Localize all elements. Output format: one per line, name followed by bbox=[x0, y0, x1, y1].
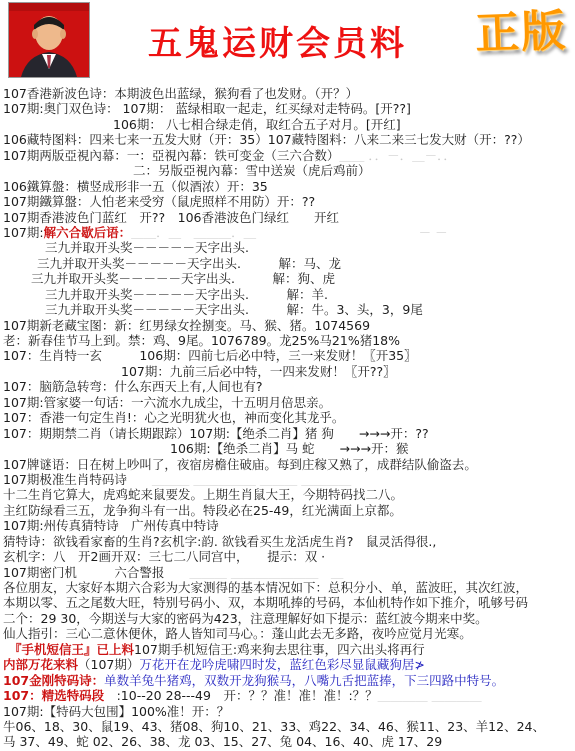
text-segment: 107金刚特码诗： bbox=[3, 673, 104, 688]
text-line: 107期:州传真猜特诗 广州传真中特诗 bbox=[3, 518, 573, 533]
text-line: 107期极准生肖特码诗 ＿＿＿ ＿＿＿＿＿ ＿＿＿ ＿＿＿＿ bbox=[3, 472, 573, 487]
text-line: 牛06、18、30、鼠19、43、猪08、狗10、21、33、鸡22、34、46… bbox=[3, 719, 573, 734]
text-line: 各位朋友，大家好本期六合彩为大家测得的基本情况如下：总积分小、单，蓝波旺，其次红… bbox=[3, 580, 573, 595]
text-segment: 107期:【特码大包围】100%准！开：？ bbox=[3, 704, 229, 719]
text-line: 106期： 八七相合绿走俏，取红合五子对月。[开红] bbox=[3, 117, 573, 132]
text-segment: 107：香港一句定生肖!：心之光明犹火也，神而变化其龙乎。 bbox=[3, 410, 344, 425]
text-segment: 三九并取开头奖－－－－－天字出头. 解：羊. bbox=[45, 287, 328, 302]
lottery-tip-sheet: 五鬼运财会员料 正版 107香港新波色诗：本期波色出蓝绿，猴狗看了也发财。（开？… bbox=[0, 0, 575, 751]
text-segment: 107期鐵算盤：人怕老来受穷（鼠虎照样不用防）开：?? bbox=[3, 194, 315, 209]
text-segment: 三九并取开头奖－－－－－天字出头. bbox=[45, 240, 249, 255]
text-line: 107香港新波色诗：本期波色出蓝绿，猴狗看了也发财。（开？） bbox=[3, 86, 573, 101]
text-line: 107金刚特码诗：单数羊兔牛猪鸡，双数开龙狗猴马，八嘴九舌把蓝捧，下三四路中特号… bbox=[3, 673, 573, 688]
text-segment: 107：脑筋急转弯：什么东西天上有,人间也有? bbox=[3, 379, 262, 394]
text-segment: 本期以零、五之尾数大旺，特别号码小、双，本期吼捧的号码，本仙机特作如下推介，吼够… bbox=[3, 595, 528, 610]
text-segment: 107期手机短信王:鸡来狗去思往事，四六出头将再行 bbox=[134, 642, 425, 657]
text-line: 三九并取开头奖－－－－－天字出头. 解：牛。3、头，3，9尾 bbox=[3, 302, 573, 317]
text-line: 主红防绿看三五，龙争狗斗有一出。特段必在25-49，红光满面上京都。 bbox=[3, 503, 573, 518]
text-segment: 106期:【绝杀二肖】马 蛇 →→→开：猴 bbox=[170, 441, 408, 456]
portrait-photo bbox=[8, 2, 90, 78]
text-segment: 107期:州传真猜特诗 广州传真中特诗 bbox=[3, 518, 219, 533]
text-segment: 107期极准生肖特码诗 bbox=[3, 472, 127, 487]
text-segment: 106藏特图料：四来七来一五发大财（开：35）107藏特图料：八来二来三七发大财… bbox=[3, 132, 530, 147]
text-segment: 三九并取开头奖－－－－－天字出头. 解：狗、虎 bbox=[31, 271, 335, 286]
text-segment: 107期密门机 六合警报 bbox=[3, 565, 164, 580]
text-segment: 二个：29 30，今期送与大家的密码为423，注意理解好如下提示：蓝红波今期来中… bbox=[3, 611, 488, 626]
text-segment: 单数羊兔牛猪鸡，双数开龙狗猴马，八嘴九舌把蓝捧，下三四路中特号。 bbox=[104, 673, 504, 688]
content-lines: 107香港新波色诗：本期波色出蓝绿，猴狗看了也发财。（开？）107期:奥门双色诗… bbox=[3, 86, 573, 750]
text-line: 107期新老藏宝图：新：红男绿女拴捌变。马、猴、猪。1074569 bbox=[3, 318, 573, 333]
text-line: 106藏特图料：四来七来一五发大财（开：35）107藏特图料：八来二来三七发大财… bbox=[3, 132, 573, 147]
text-segment: 三九并取开头奖－－－－－天字出头. 解：马、龙 bbox=[37, 256, 341, 271]
text-segment: ＿＿＿ ＿＿＿＿＿ ＿＿＿ ＿＿＿＿ bbox=[127, 472, 351, 487]
text-line: 二个：29 30，今期送与大家的密码为423，注意理解好如下提示：蓝红波今期来中… bbox=[3, 611, 573, 626]
text-line: 本期以零、五之尾数大旺，特别号码小、双，本期吼捧的号码，本仙机特作如下推介，吼够… bbox=[3, 595, 573, 610]
page-title: 五鬼运财会员料 bbox=[100, 16, 455, 65]
text-line: 107期两版亞視內幕：一：亞視內幕：铁可变金（三六合数）＿＿ ．．－．＿－．． bbox=[3, 148, 573, 163]
text-segment: 主红防绿看三五，龙争狗斗有一出。特段必在25-49，红光满面上京都。 bbox=[3, 503, 402, 518]
text-segment: 二：另版亞視內幕：雪中送炭（虎后鸡前） bbox=[133, 163, 371, 178]
text-segment: 猜特诗：欲钱看家畜的生肖?玄机字:韵. 欲钱看买生龙活虎生肖? 鼠灵活得很., bbox=[3, 534, 436, 549]
text-segment: 106期： 八七相合绿走俏，取红合五子对月。[开红] bbox=[113, 117, 401, 132]
text-line: 三九并取开头奖－－－－－天字出头. bbox=[3, 240, 573, 255]
text-line: 107期香港波色门蓝红 开?? 106香港波色门绿红 开红 bbox=[3, 210, 573, 225]
genuine-stamp: 正版 bbox=[474, 0, 568, 62]
text-segment: 『手机短信王』已上料 bbox=[9, 642, 134, 657]
text-segment: 仙人指引：三心二意休便休，路人皆知司马心。：蓬山此去无多路，夜吟应觉月光寒。 bbox=[3, 626, 472, 641]
text-segment: 各位朋友，大家好本期六合彩为大家测得的基本情况如下：总积分小、单，蓝波旺，其次红… bbox=[3, 580, 528, 595]
text-line: 二：另版亞視內幕：雪中送炭（虎后鸡前） bbox=[3, 163, 573, 178]
text-line: 107期密门机 六合警报 ＿＿＿ ＿＿＿＿＿＿＿ ＿ bbox=[3, 565, 573, 580]
text-line: 107期:解六合歇后语：＿＿．＿ ＿＿＿．＿ － － bbox=[3, 225, 573, 240]
text-segment: 马 37、49、蛇 02、26、38、龙 03、15、27、兔 04、16、40… bbox=[3, 734, 442, 749]
text-segment: 107期香港波色门蓝红 开?? 106香港波色门绿红 开红 bbox=[3, 210, 339, 225]
text-line: 106期:【绝杀二肖】马 蛇 →→→开：猴 bbox=[3, 441, 573, 456]
text-line: 106鐵算盤：横竖成形非一五（似酒浓）开：35 bbox=[3, 179, 573, 194]
text-line: 107期:管家婆一句话：一六流水九成尘，十五明月倍思亲。 bbox=[3, 395, 573, 410]
text-segment: 107期新老藏宝图：新：红男绿女拴捌变。马、猴、猪。1074569 bbox=[3, 318, 370, 333]
text-line: 三九并取开头奖－－－－－天字出头. 解：马、龙 bbox=[3, 256, 573, 271]
text-line: 107期:【特码大包围】100%准！开：？ bbox=[3, 704, 573, 719]
text-line: 107：精选特码段 :10--20 28---49 开：？？准！准！准！:？？＿… bbox=[3, 688, 573, 703]
text-segment: 107牌谜语：日在树上吵叫了，夜宿房檐住破庙。每到庄稼又熟了，成群结队偷盗去。 bbox=[3, 457, 477, 472]
text-segment: 106鐵算盤：横竖成形非一五（似酒浓）开：35 bbox=[3, 179, 268, 194]
text-line: 107：香港一句定生肖!：心之光明犹火也，神而变化其龙乎。 bbox=[3, 410, 573, 425]
text-segment: 107香港新波色诗：本期波色出蓝绿，猴狗看了也发财。（开？） bbox=[3, 86, 358, 101]
text-line: 『手机短信王』已上料107期手机短信王:鸡来狗去思往事，四六出头将再行 bbox=[3, 642, 573, 657]
text-segment: ＿＿＿ ＿＿＿＿＿＿＿ ＿ bbox=[164, 565, 343, 580]
text-segment: 107期: bbox=[3, 225, 44, 240]
text-line: 十二生肖它算大，虎鸡蛇来鼠要发。上期生肖鼠大王，今期特码找二八。 bbox=[3, 487, 573, 502]
text-line: 107期：九前三后必中特，一四来发财！〖开??〗 bbox=[3, 364, 573, 379]
text-segment: （107期） bbox=[78, 657, 139, 672]
text-line: 107期:奥门双色诗： 107期： 蓝绿相取一起走，红买绿对走特码。[开??] bbox=[3, 101, 573, 116]
header: 五鬼运财会员料 正版 bbox=[0, 0, 575, 86]
text-segment: ＿＿．＿ ＿＿＿．＿ － － bbox=[131, 225, 447, 240]
text-line: 三九并取开头奖－－－－－天字出头. 解：羊. bbox=[3, 287, 573, 302]
text-line: 马 37、49、蛇 02、26、38、龙 03、15、27、兔 04、16、40… bbox=[3, 734, 573, 749]
text-segment: 107期:管家婆一句话：一六流水九成尘，十五明月倍思亲。 bbox=[3, 395, 331, 410]
text-line: 107：脑筋急转弯：什么东西天上有,人间也有? bbox=[3, 379, 573, 394]
text-line: 仙人指引：三心二意休便休，路人皆知司马心。：蓬山此去无多路，夜吟应觉月光寒。 bbox=[3, 626, 573, 641]
text-segment: 解六合歇后语： bbox=[44, 225, 132, 240]
text-line: 玄机字：八 开2画开双：三七二八同宫中， 提示：双 · bbox=[3, 549, 573, 564]
text-line: 107：期期禁二肖（请长期跟踪）107期:【绝杀二肖】猪 狗 →→→开：?? bbox=[3, 426, 573, 441]
text-segment: 107：期期禁二肖（请长期跟踪）107期:【绝杀二肖】猪 狗 →→→开：?? bbox=[3, 426, 429, 441]
text-segment: 玄机字：八 开2画开双：三七二八同宫中， 提示：双 · bbox=[3, 549, 325, 564]
text-line: 107牌谜语：日在树上吵叫了，夜宿房檐住破庙。每到庄稼又熟了，成群结队偷盗去。 bbox=[3, 457, 573, 472]
text-segment: 107期两版亞視內幕：一：亞視內幕：铁可变金（三六合数） bbox=[3, 148, 339, 163]
text-line: 107：生肖特一玄 106期：四前七后必中特，三一来发财！〖开35〗 bbox=[3, 348, 573, 363]
portrait-illustration bbox=[9, 3, 89, 77]
text-line: 107期鐵算盤：人怕老来受穷（鼠虎照样不用防）开：?? bbox=[3, 194, 573, 209]
text-segment: 三九并取开头奖－－－－－天字出头. 解：牛。3、头，3，9尾 bbox=[45, 302, 423, 317]
text-segment: 十二生肖它算大，虎鸡蛇来鼠要发。上期生肖鼠大王，今期特码找二八。 bbox=[3, 487, 403, 502]
text-line: 老：新春佳节马上到。禁：鸡、9尾。1076789。龙25%马21%猪18% bbox=[3, 333, 573, 348]
text-line: 内部万花来料（107期）万花开在龙吟虎啸四时发，蓝红色彩尽显鼠藏狗居≯ bbox=[3, 657, 573, 672]
text-segment: 万花开在龙吟虎啸四时发，蓝红色彩尽显鼠藏狗居≯ bbox=[139, 657, 424, 672]
text-segment: ＿＿＿＿ ＿＿＿＿ bbox=[378, 688, 482, 703]
text-segment: 107期：九前三后必中特，一四来发财！〖开??〗 bbox=[121, 364, 396, 379]
text-segment: ＿＿ ．．－．＿－．． bbox=[339, 148, 455, 163]
text-segment: 内部万花来料 bbox=[3, 657, 78, 672]
text-segment: 107：精选特码段 bbox=[3, 688, 104, 703]
text-segment: 牛06、18、30、鼠19、43、猪08、狗10、21、33、鸡22、34、46… bbox=[3, 719, 545, 734]
text-segment: 107期:奥门双色诗： 107期： 蓝绿相取一起走，红买绿对走特码。[开??] bbox=[3, 101, 411, 116]
text-line: 三九并取开头奖－－－－－天字出头. 解：狗、虎 bbox=[3, 271, 573, 286]
text-segment: 107：生肖特一玄 106期：四前七后必中特，三一来发财！〖开35〗 bbox=[3, 348, 417, 363]
text-line: 猜特诗：欲钱看家畜的生肖?玄机字:韵. 欲钱看买生龙活虎生肖? 鼠灵活得很., bbox=[3, 534, 573, 549]
text-segment: :10--20 28---49 开：？？准！准！准！:？？ bbox=[104, 688, 378, 703]
text-segment: 老：新春佳节马上到。禁：鸡、9尾。1076789。龙25%马21%猪18% bbox=[3, 333, 400, 348]
